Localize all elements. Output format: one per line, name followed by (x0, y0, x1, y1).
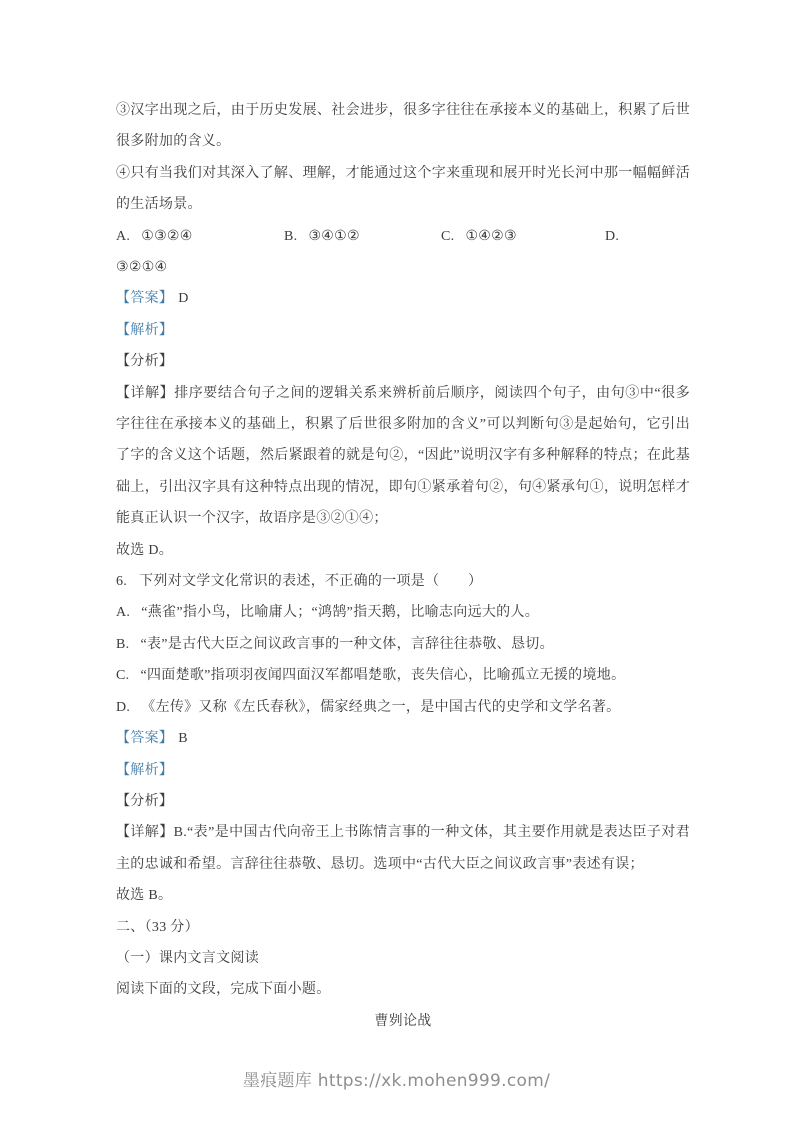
q6-detail-paragraph: 【详解】B.“表”是中国古代向帝王上书陈情言事的一种文体，其主要作用就是表达臣子… (116, 817, 690, 880)
q6-jiexi-label: 【解析】 (116, 755, 690, 786)
q5-passage-sentence-4: ④只有当我们对其深入了解、理解，才能通过这个字来重现和展开时光长河中那一幅幅鲜活… (116, 158, 690, 221)
q5-fenxi-label: 【分析】 (116, 346, 690, 377)
q6-option-a: A.“燕雀”指小鸟，比喻庸人；“鸿鹄”指天鹅，比喻志向远大的人。 (116, 597, 690, 628)
q5-answer-value: D (178, 291, 188, 306)
section-subheading: （一）课内文言文阅读 (116, 943, 690, 974)
q6-answer-line: 【答案】B (116, 723, 690, 754)
q5-option-b: B.③④①② (284, 221, 360, 252)
q6-option-b-text: “表”是古代大臣之间议政言事的一种文体，言辞往往恭敬、恳切。 (140, 637, 553, 652)
reading-instruction: 阅读下面的文段，完成下面小题。 (116, 974, 690, 1005)
q5-option-c: C.①④②③ (441, 221, 517, 252)
q5-passage-sentence-3: ③汉字出现之后，由于历史发展、社会进步，很多字往往在承接本义的基础上，积累了后世… (116, 95, 690, 158)
q6-option-d: D.《左传》又称《左氏春秋》，儒家经典之一，是中国古代的史学和文学名著。 (116, 692, 690, 723)
q6-option-c-letter: C. (116, 668, 129, 683)
q5-option-a-value: ①③②④ (141, 229, 192, 244)
q6-option-c-text: “四面楚歌”指项羽夜闻四面汉军都唱楚歌，丧失信心，比喻孤立无援的境地。 (140, 668, 625, 683)
q5-option-d-letter: D. (605, 229, 619, 244)
q6-number: 6. (116, 574, 127, 589)
q5-option-b-value: ③④①② (308, 229, 359, 244)
q5-option-d-value: ③②①④ (116, 252, 167, 283)
exam-document: ③汉字出现之后，由于历史发展、社会进步，很多字往往在承接本义的基础上，积累了后世… (116, 95, 690, 1037)
q6-option-a-text: “燕雀”指小鸟，比喻庸人；“鸿鹄”指天鹅，比喻志向远大的人。 (141, 605, 539, 620)
q6-conclusion: 故选 B。 (116, 880, 690, 911)
site-watermark: 墨痕题库 https://xk.mohen999.com/ (0, 1066, 793, 1091)
q6-stem-line: 6.下列对文学文化常识的表述，不正确的一项是（ ） (116, 566, 690, 597)
q6-option-d-letter: D. (116, 700, 130, 715)
q5-option-d: D. (605, 221, 630, 252)
q5-detail-paragraph: 【详解】排序要结合句子之间的逻辑关系来辨析前后顺序，阅读四个句子，由句③中“很多… (116, 378, 690, 535)
q5-option-c-value: ①④②③ (465, 229, 516, 244)
q6-option-b: B.“表”是古代大臣之间议政言事的一种文体，言辞往往恭敬、恳切。 (116, 629, 690, 660)
q5-conclusion: 故选 D。 (116, 535, 690, 566)
q6-option-d-text: 《左传》又称《左氏春秋》，儒家经典之一，是中国古代的史学和文学名著。 (141, 700, 620, 715)
q6-option-c: C.“四面楚歌”指项羽夜闻四面汉军都唱楚歌，丧失信心，比喻孤立无援的境地。 (116, 660, 690, 691)
q5-answer-label: 【答案】 (116, 291, 173, 306)
q5-options-row: A.①③②④ B.③④①② C.①④②③ D. ③②①④ (116, 221, 690, 284)
q6-answer-label: 【答案】 (116, 731, 173, 746)
q6-option-a-letter: A. (116, 605, 130, 620)
q6-answer-value: B (178, 731, 188, 746)
q5-option-b-letter: B. (284, 229, 297, 244)
q5-option-a: A.①③②④ (116, 221, 193, 252)
q5-option-c-letter: C. (441, 229, 454, 244)
q6-option-b-letter: B. (116, 637, 129, 652)
q5-option-a-letter: A. (116, 229, 130, 244)
passage-title: 曹刿论战 (116, 1006, 690, 1037)
q6-stem-text: 下列对文学文化常识的表述，不正确的一项是（ ） (139, 574, 482, 589)
section-heading: 二、（33 分） (116, 912, 690, 943)
q6-fenxi-label: 【分析】 (116, 786, 690, 817)
q5-jiexi-label: 【解析】 (116, 315, 690, 346)
q5-answer-line: 【答案】D (116, 283, 690, 314)
